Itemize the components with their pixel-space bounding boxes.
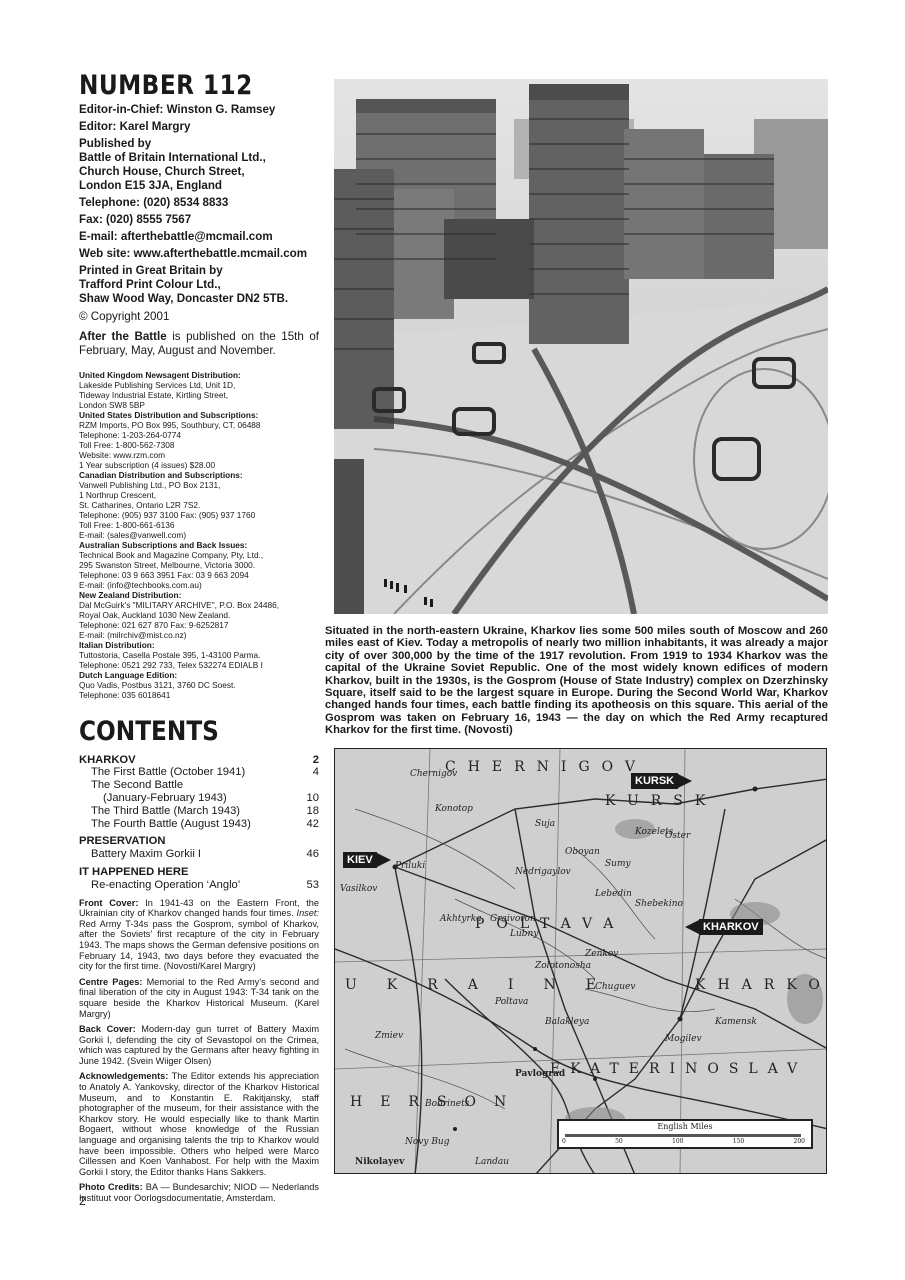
copyright: © Copyright 2001 [79, 310, 319, 324]
toc-heading-label: IT HAPPENED HERE [79, 866, 188, 879]
toc-section-heading[interactable]: KHARKOV2 [79, 754, 319, 767]
photo-illustration [334, 79, 828, 614]
cover-note: Photo Credits: BA — Bundesarchiv; NIOD —… [79, 1182, 319, 1203]
toc-page-number: 18 [299, 805, 319, 818]
distribution-line: Toll Free: 1-800-661-6136 [79, 520, 319, 530]
scale-tick: 150 [733, 1138, 744, 1145]
town-label: Chuguev [595, 982, 635, 992]
town-label: Zmiev [375, 1031, 403, 1041]
table-of-contents: KHARKOV2The First Battle (October 1941)4… [79, 754, 319, 892]
toc-page-number: 42 [299, 818, 319, 831]
distribution-line: Technical Book and Magazine Company, Pty… [79, 550, 319, 560]
distribution-line: E-mail: (info@techbooks.com.au) [79, 580, 319, 590]
distribution-line: 1 Year subscription (4 issues) $28.00 [79, 460, 319, 470]
region-label: KHARKOV [695, 977, 827, 993]
distribution-line: Telephone: 0521 292 733, Telex 532274 ED… [79, 660, 319, 670]
cover-note: Acknowledgements: The Editor extends his… [79, 1071, 319, 1177]
distribution-line: St. Catharines, Ontario L2R 7S2. [79, 500, 319, 510]
distribution-block: Dutch Language Edition:Quo Vadis, Postbu… [79, 670, 319, 700]
kiev-label: KIEV [343, 852, 377, 868]
distribution-list: United Kingdom Newsagent Distribution:La… [79, 370, 319, 700]
distribution-line: Telephone: 03 9 663 3951 Fax: 03 9 663 2… [79, 570, 319, 580]
photo-caption: Situated in the north-eastern Ukraine, K… [325, 625, 828, 737]
toc-section-heading[interactable]: IT HAPPENED HERE [79, 866, 319, 879]
town-label: Novy Bug [405, 1137, 450, 1147]
toc-entry-label: The Fourth Battle (August 1943) [91, 818, 251, 831]
page-number: 2 [79, 1194, 86, 1208]
toc-page-number: 2 [299, 754, 319, 767]
toc-page-number: 10 [299, 792, 319, 805]
distribution-line: London SW8 5BP [79, 400, 319, 410]
note-italic: Inset: [297, 908, 319, 918]
town-label: Vasilkov [340, 884, 377, 894]
distribution-line: Toll Free: 1-800-562-7308 [79, 440, 319, 450]
distribution-block: Canadian Distribution and Subscriptions:… [79, 470, 319, 540]
masthead-credits: Editor-in-Chief: Winston G. Ramsey Edito… [79, 103, 319, 358]
printer-line: Trafford Print Colour Ltd., [79, 278, 319, 292]
publication-schedule: After the Battle is published on the 15t… [79, 330, 319, 358]
toc-page-number: 4 [299, 766, 319, 779]
note-text: The Editor extends his appreciation to A… [79, 1071, 319, 1176]
distribution-block: Italian Distribution:Tuttostoria, Casell… [79, 640, 319, 670]
publisher-line: London E15 3JA, England [79, 179, 319, 193]
distribution-block: United Kingdom Newsagent Distribution:La… [79, 370, 319, 410]
town-label: Suja [535, 819, 555, 829]
town-label: Lebedin [595, 889, 632, 899]
distribution-heading: New Zealand Distribution: [79, 590, 319, 600]
toc-section: KHARKOV2The First Battle (October 1941)4… [79, 754, 319, 831]
left-column: NUMBER 112 Editor-in-Chief: Winston G. R… [79, 72, 319, 1204]
scale-tick: 50 [615, 1138, 623, 1145]
scale-tick: 200 [794, 1138, 805, 1145]
pointer-arrow-icon [685, 920, 699, 934]
town-label: Graivoron [490, 914, 536, 924]
toc-section: IT HAPPENED HERERe-enacting Operation ‘A… [79, 866, 319, 892]
toc-page-number [299, 866, 319, 879]
distribution-heading: Canadian Distribution and Subscriptions: [79, 470, 319, 480]
scale-ticks: 0 50 100 150 200 [562, 1138, 805, 1145]
region-label: CHERNIGOV [445, 759, 647, 775]
toc-entry[interactable]: Re-enacting Operation ‘Anglo’53 [79, 879, 319, 892]
cover-note: Front Cover: In 1941-43 on the Eastern F… [79, 898, 319, 972]
website-link[interactable]: Web site: www.afterthebattle.mcmail.com [79, 247, 319, 261]
printer-line: Printed in Great Britain by [79, 264, 319, 278]
town-label: Bobrinets [425, 1099, 469, 1109]
distribution-line: Website: www.rzm.com [79, 450, 319, 460]
distribution-heading: Australian Subscriptions and Back Issues… [79, 540, 319, 550]
toc-heading-label: KHARKOV [79, 754, 136, 767]
town-label: Mogilev [665, 1034, 702, 1044]
town-label: Nikolayev [355, 1157, 404, 1167]
toc-entry[interactable]: The Second Battle [79, 779, 319, 792]
kharkov-callout: KHARKOV [685, 919, 763, 935]
town-label: Sumy [605, 859, 631, 869]
note-label: Photo Credits: [79, 1182, 143, 1192]
toc-entry-label: The Second Battle [91, 779, 183, 792]
toc-entry-label: The Third Battle (March 1943) [91, 805, 240, 818]
editor: Editor: Karel Margry [79, 120, 319, 134]
toc-entry-label: Battery Maxim Gorkii I [91, 848, 201, 861]
town-label: Oster [665, 831, 690, 841]
distribution-line: 295 Swanston Street, Melbourne, Victoria… [79, 560, 319, 570]
distribution-line: Tuttostoria, Casella Postale 395, 1-4310… [79, 650, 319, 660]
scale-bar [565, 1134, 801, 1137]
toc-heading-label: PRESERVATION [79, 835, 165, 848]
contents-title: CONTENTS [79, 718, 285, 746]
town-label: Balakleya [545, 1017, 589, 1027]
note-label: Acknowledgements: [79, 1071, 168, 1081]
note-label: Front Cover: [79, 898, 138, 908]
town-label: Nedrigaylov [515, 867, 571, 877]
pointer-arrow-icon [377, 853, 391, 867]
scale-tick: 0 [562, 1138, 566, 1145]
toc-page-number [299, 779, 319, 792]
distribution-line: Dal McGuirk's "MILITARY ARCHIVE", P.O. B… [79, 600, 319, 610]
town-label: Priluki [395, 861, 425, 871]
town-label: Zenkov [585, 949, 618, 959]
toc-entry[interactable]: The First Battle (October 1941)4 [79, 766, 319, 779]
town-label: Shebekino [635, 899, 683, 909]
distribution-line: E-mail: (sales@vanwell.com) [79, 530, 319, 540]
distribution-block: Australian Subscriptions and Back Issues… [79, 540, 319, 590]
distribution-line: RZM Imports, PO Box 995, Southbury, CT, … [79, 420, 319, 430]
email-link[interactable]: E-mail: afterthebattle@mcmail.com [79, 230, 319, 244]
town-label: Pavlograd [515, 1069, 565, 1079]
town-label: Lubny [510, 929, 538, 939]
printer-line: Shaw Wood Way, Doncaster DN2 5TB. [79, 292, 319, 306]
note-label: Back Cover: [79, 1024, 136, 1034]
ukraine-map: CHERNIGOV KURSK POLTAVA UKRAINE KHARKOV … [334, 748, 827, 1174]
distribution-line: Telephone: 035 6018641 [79, 690, 319, 700]
kursk-label: KURSK [631, 773, 678, 789]
distribution-heading: Dutch Language Edition: [79, 670, 319, 680]
issue-number-title: NUMBER 112 [79, 72, 285, 100]
note-text: Red Army T-34s pass the Gosprom, symbol … [79, 919, 319, 971]
distribution-line: 1 Northrup Crescent, [79, 490, 319, 500]
toc-section: PRESERVATIONBattery Maxim Gorkii I46 [79, 835, 319, 861]
publisher-line: Battle of Britain International Ltd., [79, 151, 319, 165]
publisher-line: Published by [79, 137, 319, 151]
cover-note: Back Cover: Modern-day gun turret of Bat… [79, 1024, 319, 1066]
note-label: Centre Pages: [79, 977, 142, 987]
publisher-line: Church House, Church Street, [79, 165, 319, 179]
town-label: Kamensk [715, 1017, 757, 1027]
toc-page-number: 53 [299, 879, 319, 892]
pointer-arrow-icon [678, 774, 692, 788]
distribution-line: Lakeside Publishing Services Ltd, Unit 1… [79, 380, 319, 390]
distribution-block: New Zealand Distribution:Dal McGuirk's "… [79, 590, 319, 640]
kursk-callout: KURSK [631, 773, 692, 789]
distribution-line: Tideway Industrial Estate, Kirtling Stre… [79, 390, 319, 400]
publisher-address: Published by Battle of Britain Internati… [79, 137, 319, 193]
fax: Fax: (020) 8555 7567 [79, 213, 319, 227]
distribution-line: Telephone: 021 627 870 Fax: 9-6252817 [79, 620, 319, 630]
distribution-block: United States Distribution and Subscript… [79, 410, 319, 470]
distribution-line: Quo Vadis, Postbus 3121, 3760 DC Soest. [79, 680, 319, 690]
toc-entry[interactable]: (January-February 1943)10 [79, 792, 319, 805]
distribution-heading: United Kingdom Newsagent Distribution: [79, 370, 319, 380]
distribution-line: Royal Oak, Auckland 1030 New Zealand. [79, 610, 319, 620]
toc-entry[interactable]: The Fourth Battle (August 1943)42 [79, 818, 319, 831]
magazine-name: After the Battle [79, 330, 167, 343]
kharkov-label: KHARKOV [699, 919, 763, 935]
region-label: UKRAINE [345, 977, 626, 993]
distribution-heading: Italian Distribution: [79, 640, 319, 650]
editor-in-chief: Editor-in-Chief: Winston G. Ramsey [79, 103, 319, 117]
cover-note: Centre Pages: Memorial to the Red Army’s… [79, 977, 319, 1019]
town-label: Oboyan [565, 847, 600, 857]
town-label: Chernigov [410, 769, 457, 779]
kiev-callout: KIEV [343, 852, 391, 868]
region-label: KURSK [605, 793, 717, 809]
toc-entry[interactable]: Battery Maxim Gorkii I46 [79, 848, 319, 861]
toc-entry-label: (January-February 1943) [91, 792, 227, 805]
telephone: Telephone: (020) 8534 8833 [79, 196, 319, 210]
map-scale: English Miles 0 50 100 150 200 [557, 1119, 813, 1149]
town-label: Zolotonosha [535, 961, 591, 971]
printer-address: Printed in Great Britain by Trafford Pri… [79, 264, 319, 306]
toc-entry-label: The First Battle (October 1941) [91, 766, 245, 779]
toc-page-number: 46 [299, 848, 319, 861]
region-label: EKATERINOSLAV [550, 1061, 807, 1077]
distribution-line: Telephone: 1-203-264-0774 [79, 430, 319, 440]
town-label: Landau [475, 1157, 509, 1167]
cover-notes: Front Cover: In 1941-43 on the Eastern F… [79, 898, 319, 1204]
distribution-line: Telephone: (905) 937 3100 Fax: (905) 937… [79, 510, 319, 520]
distribution-line: Vanwell Publishing Ltd., PO Box 2131, [79, 480, 319, 490]
distribution-line: E-mail: (milrchiv@mist.co.nz) [79, 630, 319, 640]
town-label: Akhtyrka [440, 914, 482, 924]
distribution-heading: United States Distribution and Subscript… [79, 410, 319, 420]
toc-page-number [299, 835, 319, 848]
toc-section-heading[interactable]: PRESERVATION [79, 835, 319, 848]
scale-title: English Miles [559, 1122, 811, 1131]
town-label: Konotop [435, 804, 473, 814]
toc-entry[interactable]: The Third Battle (March 1943)18 [79, 805, 319, 818]
toc-entry-label: Re-enacting Operation ‘Anglo’ [91, 879, 240, 892]
town-label: Poltava [495, 997, 528, 1007]
scale-tick: 100 [672, 1138, 683, 1145]
gosprom-aerial-photo [334, 79, 828, 614]
